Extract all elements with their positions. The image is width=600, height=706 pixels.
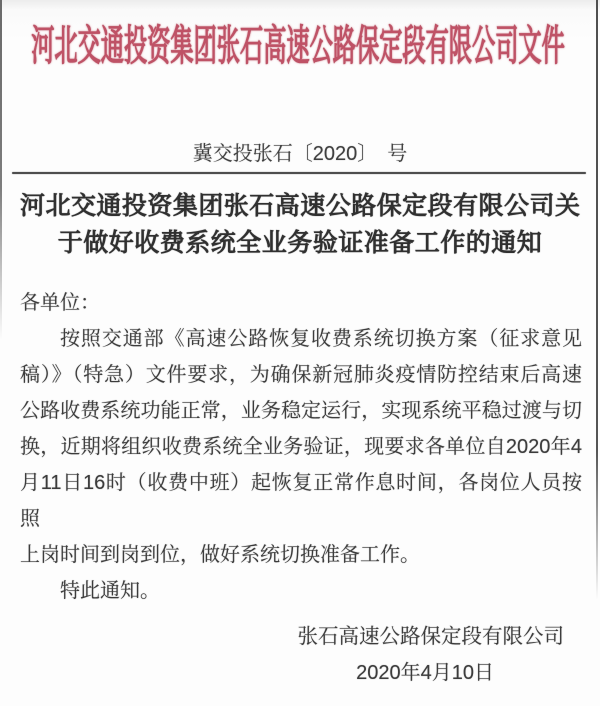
signature-date: 2020年4月10日: [356, 660, 494, 686]
document-title-line-1: 河北交通投资集团张石高速公路保定段有限公司关: [20, 188, 580, 225]
letterhead-title: 河北交通投资集团张石高速公路保定段有限公司文件: [31, 22, 565, 70]
body-line: 稿）》（特急）文件要求，为确保新冠肺炎疫情防控结束后高速: [20, 357, 582, 393]
document-number: 冀交投张石〔2020〕 号: [0, 141, 600, 167]
letterhead-row: 河北交通投资集团张石高速公路保定段有限公司文件: [0, 22, 596, 68]
document-title: 河北交通投资集团张石高速公路保定段有限公司关 于做好收费系统全业务验证准备工作的…: [20, 188, 580, 262]
salutation: 各单位：: [20, 285, 582, 321]
body-line: 上岗时间到岗到位，做好系统切换准备工作。: [20, 537, 582, 573]
body-line: 公路收费系统功能正常，业务稳定运行，实现系统平稳过渡与切: [20, 393, 582, 429]
header-divider: [12, 172, 586, 174]
body-line: 月11日16时（收费中班）起恢复正常作息时间，各岗位人员按照: [20, 465, 582, 537]
document-body: 各单位： 按照交通部《高速公路恢复收费系统切换方案（征求意见 稿）》（特急）文件…: [20, 285, 582, 609]
official-document-page: 河北交通投资集团张石高速公路保定段有限公司文件 冀交投张石〔2020〕 号 河北…: [0, 0, 600, 706]
signature-company: 张石高速公路保定段有限公司: [298, 624, 565, 650]
photo-edge-right: [596, 0, 598, 600]
body-line: 换，近期将组织收费系统全业务验证，现要求各单位自2020年4: [20, 429, 582, 465]
closing-note: 特此通知。: [20, 573, 582, 609]
body-line: 按照交通部《高速公路恢复收费系统切换方案（征求意见: [20, 321, 582, 357]
document-title-line-2: 于做好收费系统全业务验证准备工作的通知: [20, 225, 580, 262]
